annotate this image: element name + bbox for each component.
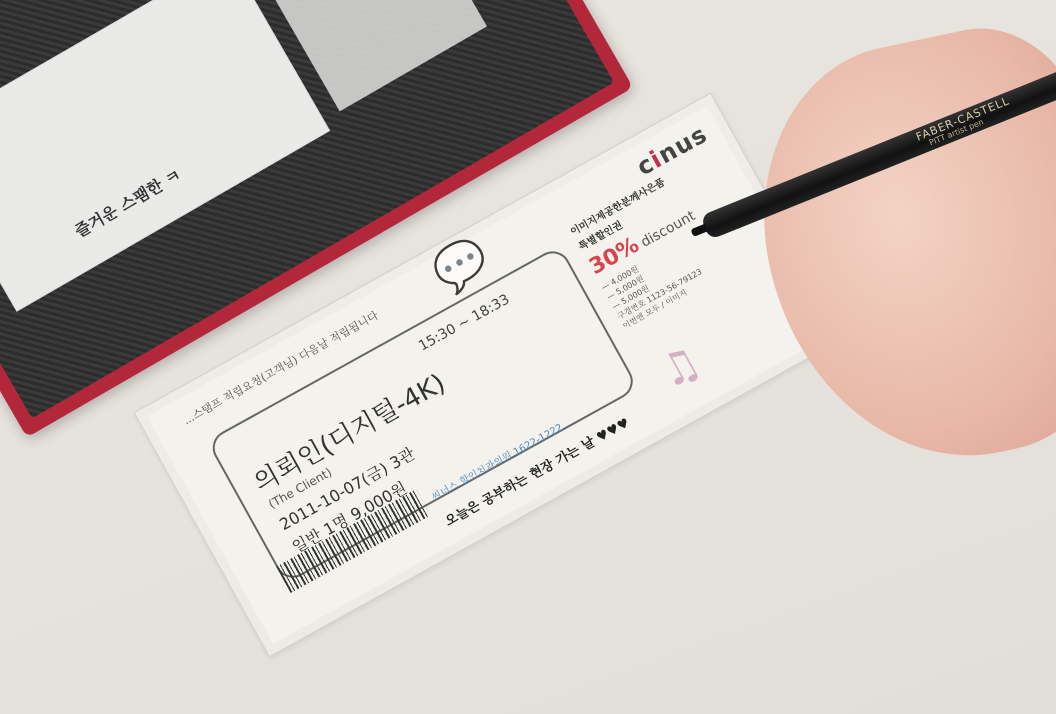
photo-scene: 즐거운 스팸한 ㅋ cinus ...스탬프 적립요청(고객님) 다음날 적립됩… [0,0,1056,714]
music-note-icon: ♫ [650,336,709,400]
album-sleeve: 즐거운 스팸한 ㅋ [0,0,330,312]
showtime: 15:30 ~ 18:33 [416,291,512,354]
hand [730,9,1056,491]
album-ticket-text: 즐거운 스팸한 ㅋ [70,162,185,242]
